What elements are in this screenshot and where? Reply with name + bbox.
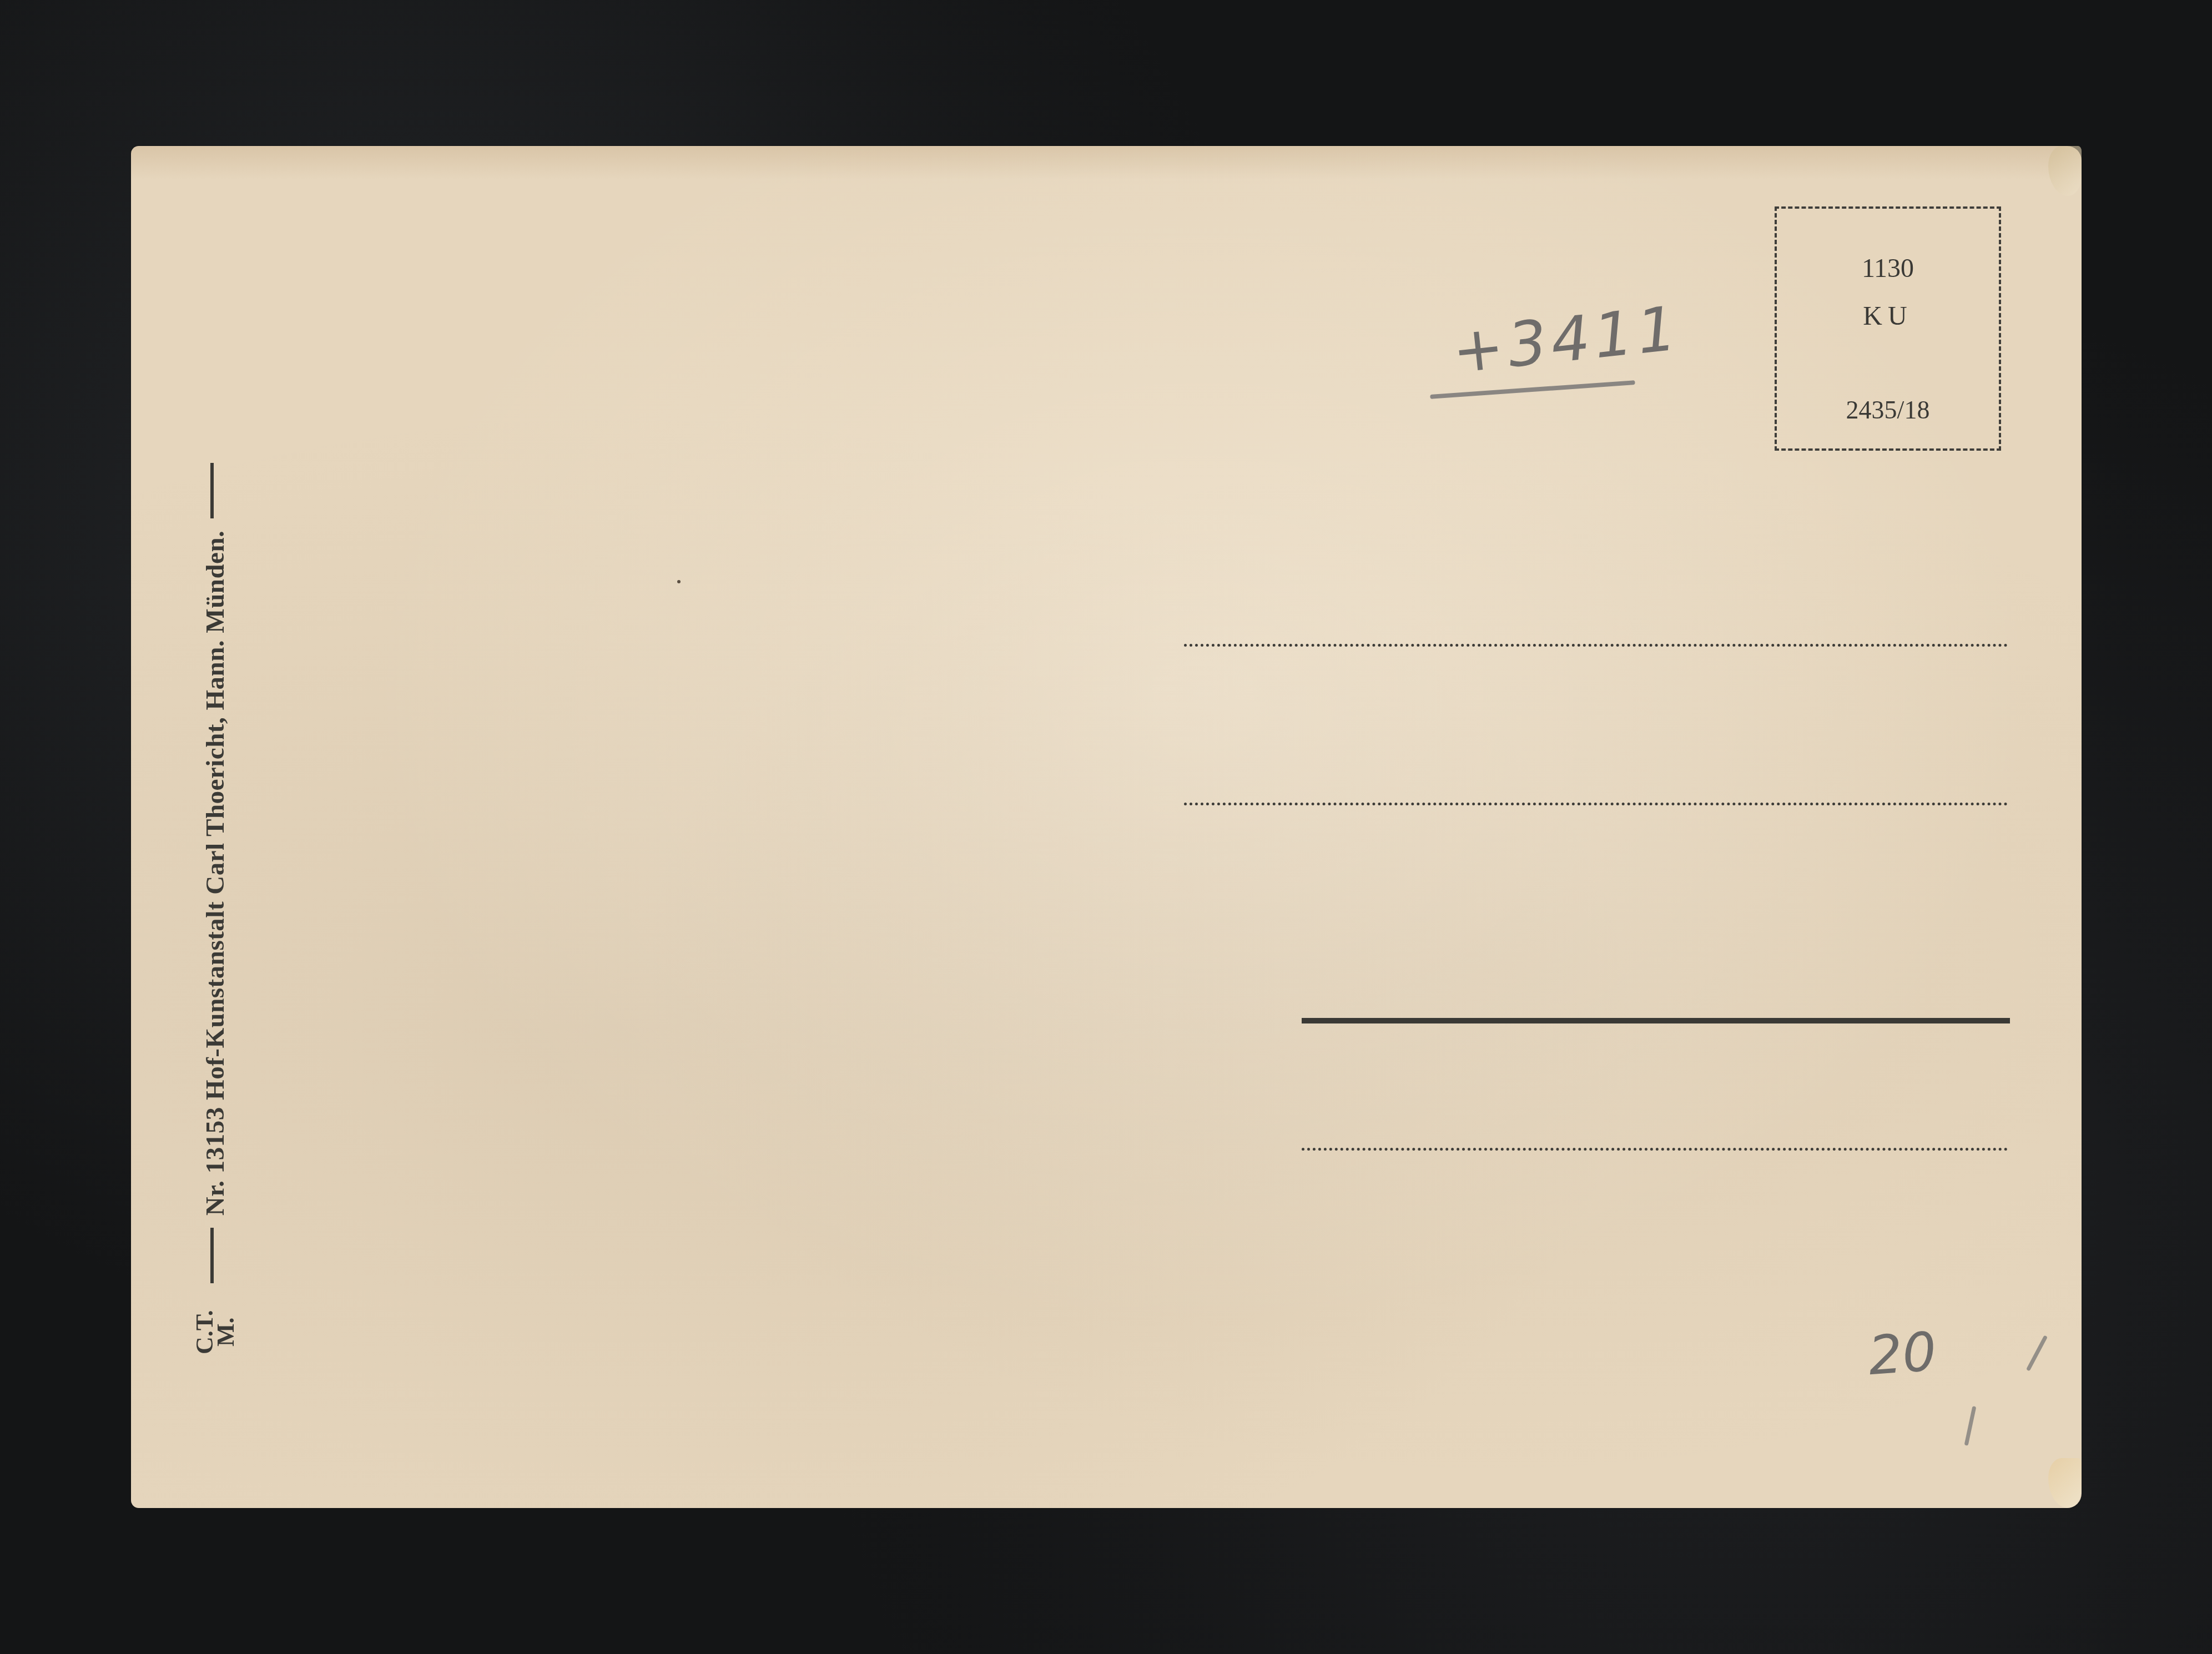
printer-imprint: C.T. M. Nr. 13153 Hof-Kunstanstalt Carl … bbox=[193, 333, 238, 1354]
address-line-3 bbox=[1302, 1018, 2010, 1023]
pencil-inventory-note: +3411 bbox=[1449, 293, 1684, 387]
address-line-1 bbox=[1184, 644, 2008, 647]
pencil-tick-mark bbox=[2026, 1335, 2048, 1371]
corner-crease bbox=[2048, 1458, 2082, 1508]
pencil-tick-mark bbox=[1964, 1406, 1977, 1446]
stamp-box: 1130 KU 2435/18 bbox=[1775, 206, 2001, 451]
corner-crease bbox=[2048, 146, 2082, 196]
address-line-4 bbox=[1302, 1148, 2008, 1151]
initials-m: M. bbox=[215, 1310, 236, 1354]
stamp-box-number: 1130 bbox=[1777, 253, 1999, 284]
stamp-box-code: KU bbox=[1777, 301, 1999, 331]
stamp-box-reference: 2435/18 bbox=[1777, 395, 1999, 425]
imprint-dash bbox=[210, 463, 214, 518]
publisher-initials: C.T. M. bbox=[194, 1310, 236, 1354]
paper-speck bbox=[677, 580, 681, 583]
imprint-text: Nr. 13153 Hof-Kunstanstalt Carl Thoerich… bbox=[200, 531, 230, 1216]
pencil-price-note: 20 bbox=[1866, 1320, 1938, 1387]
address-line-2 bbox=[1184, 803, 2008, 805]
postcard: C.T. M. Nr. 13153 Hof-Kunstanstalt Carl … bbox=[131, 146, 2082, 1508]
imprint-dash bbox=[210, 1228, 214, 1283]
